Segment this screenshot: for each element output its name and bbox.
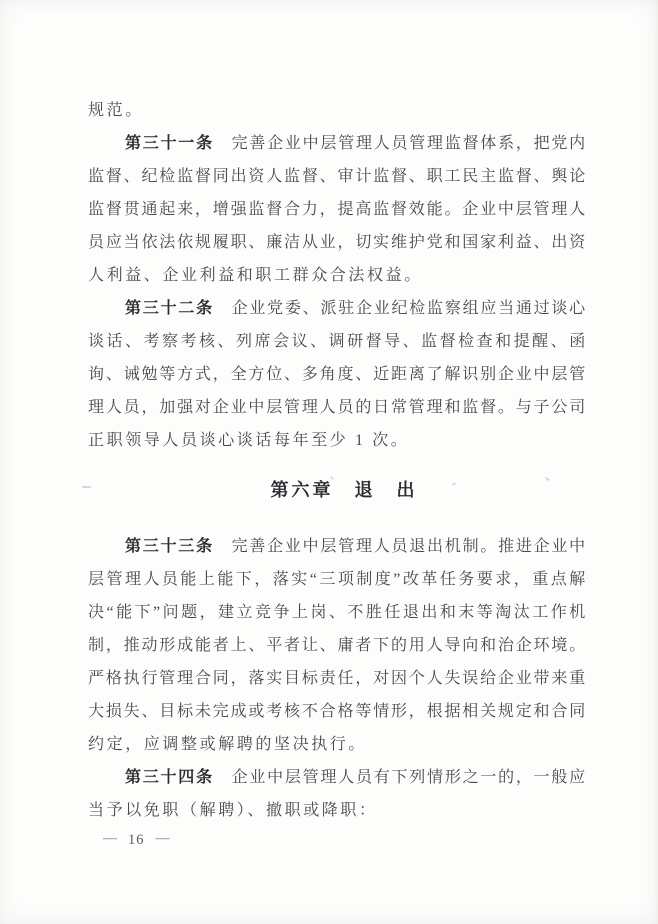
page-number-footer: — 16 — [103,831,170,849]
section-number: 第三十四条 [125,769,214,786]
chapter-heading: 第六章 退 出 [95,474,593,507]
document-line: 谈话、考察考核、列席会议、调研督导、监督检查和提醒、函 [88,325,586,358]
text-run: 企业党委、派驻企业纪检监察组应当通过谈心 [214,300,586,317]
section-number: 第三十三条 [125,538,214,555]
document-line: 约定，应调整或解聘的坚决执行。 [88,728,586,761]
text-run: 层管理人员能上能下，落实“三项制度”改革任务要求，重点解 [88,571,586,588]
text-run: 完善企业中层管理人员退出机制。推进企业中 [214,538,586,555]
section-number: 第六章 退 出 [271,480,418,500]
section-number: 第三十二条 [125,300,214,317]
document-line: 当予以免职（解聘）、撤职或降职： [88,794,586,827]
text-run: 员应当依法依规履职、廉洁从业，切实维护党和国家利益、出资 [88,234,586,251]
document-line: 第三十四条 企业中层管理人员有下列情形之一的，一般应 [88,761,586,794]
document-line: 监督贯通起来，增强监督合力，提高监督效能。企业中层管理人 [88,193,586,226]
scan-artifact [82,486,91,488]
text-run: 当予以免职（解聘）、撤职或降职： [88,802,378,819]
footer-left-dash: — [103,830,117,848]
text-run: 询、诫勉等方式，全方位、多角度、近距离了解识别企业中层管 [88,366,586,383]
text-run: 人利益、企业利益和职工群众合法权益。 [88,267,423,284]
text-run: 正职领导人员谈心谈话每年至少 1 次。 [88,432,409,449]
document-line: 监督、纪检监督同出资人监督、审计监督、职工民主监督、舆论 [88,160,586,193]
document-line: 规范。 [88,94,586,127]
text-run: 监督、纪检监督同出资人监督、审计监督、职工民主监督、舆论 [88,168,586,185]
text-run: 决“能下”问题，建立竞争上岗、不胜任退出和末等淘汰工作机 [88,604,586,621]
document-line: 员应当依法依规履职、廉洁从业，切实维护党和国家利益、出资 [88,226,586,259]
document-line: 理人员，加强对企业中层管理人员的日常管理和监督。与子公司 [88,391,586,424]
document-line: 第三十二条 企业党委、派驻企业纪检监察组应当通过谈心 [88,292,586,325]
document-line: 第三十一条 完善企业中层管理人员管理监督体系，把党内 [88,127,586,160]
text-run: 规范。 [88,102,144,119]
text-run: 制，推动形成能者上、平者让、庸者下的用人导向和治企环境。 [88,637,586,654]
text-run: 监督贯通起来，增强监督合力，提高监督效能。企业中层管理人 [88,201,586,218]
document-line: 制，推动形成能者上、平者让、庸者下的用人导向和治企环境。 [88,629,586,662]
document-line: 第三十三条 完善企业中层管理人员退出机制。推进企业中 [88,530,586,563]
text-run: 谈话、考察考核、列席会议、调研督导、监督检查和提醒、函 [88,333,586,350]
document-line: 严格执行管理合同，落实目标责任，对因个人失误给企业带来重 [88,662,586,695]
footer-right-dash: — [156,830,170,848]
section-number: 第三十一条 [125,135,214,152]
scanned-document-page: 规范。第三十一条 完善企业中层管理人员管理监督体系，把党内监督、纪检监督同出资人… [0,0,658,924]
text-run: 约定，应调整或解聘的坚决执行。 [88,736,367,753]
document-content: 规范。第三十一条 完善企业中层管理人员管理监督体系，把党内监督、纪检监督同出资人… [88,94,586,827]
text-run: 大损失、目标未完成或考核不合格等情形，根据相关规定和合同 [88,703,586,720]
text-run: 企业中层管理人员有下列情形之一的，一般应 [214,769,586,786]
document-line: 人利益、企业利益和职工群众合法权益。 [88,259,586,292]
document-line: 询、诫勉等方式，全方位、多角度、近距离了解识别企业中层管 [88,358,586,391]
text-run: 严格执行管理合同，落实目标责任，对因个人失误给企业带来重 [88,670,586,687]
document-line: 正职领导人员谈心谈话每年至少 1 次。 [88,424,586,457]
text-run: 完善企业中层管理人员管理监督体系，把党内 [214,135,586,152]
footer-page-number: 16 [128,831,145,849]
document-line: 大损失、目标未完成或考核不合格等情形，根据相关规定和合同 [88,695,586,728]
document-line: 决“能下”问题，建立竞争上岗、不胜任退出和末等淘汰工作机 [88,596,586,629]
text-run: 理人员，加强对企业中层管理人员的日常管理和监督。与子公司 [88,399,586,416]
document-line: 层管理人员能上能下，落实“三项制度”改革任务要求，重点解 [88,563,586,596]
